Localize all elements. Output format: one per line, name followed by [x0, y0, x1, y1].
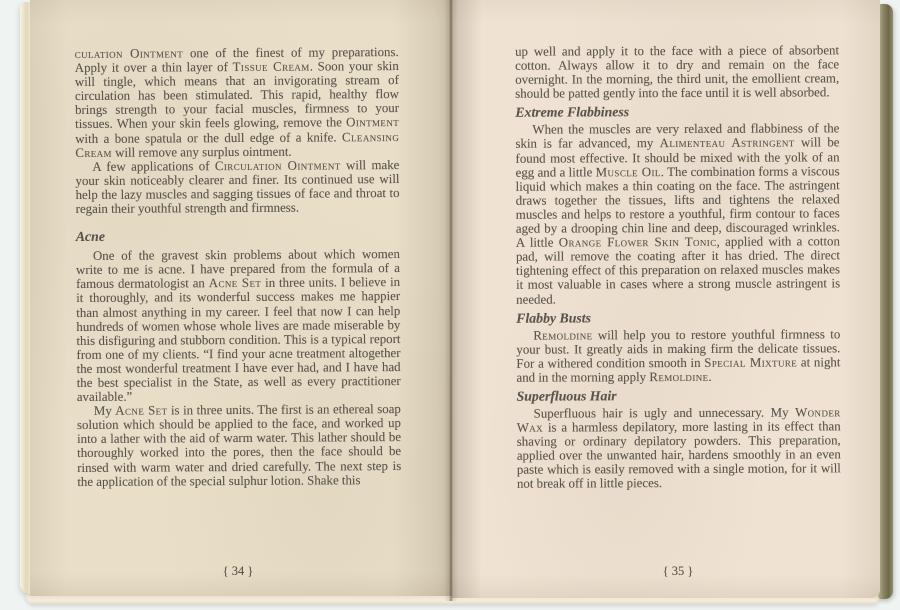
paragraph: When the muscles are very relaxed and fl… — [515, 122, 840, 307]
text-run: is a harmless depilatory, more lasting i… — [517, 419, 841, 491]
paragraph: Remoldine will help you to restore youth… — [516, 327, 840, 385]
section-heading: Flabby Busts — [516, 309, 840, 325]
product-name: culation Ointment — [75, 46, 184, 61]
scan-background: culation Ointment one of the finest of m… — [0, 0, 900, 610]
left-page-content: culation Ointment one of the finest of m… — [75, 45, 402, 489]
product-name: Remoldine — [533, 328, 592, 342]
text-run: will remove any surplus ointment. — [112, 144, 292, 159]
text-run: up well and apply it to the face with a … — [515, 43, 839, 101]
paragraph: culation Ointment one of the finest of m… — [75, 45, 400, 160]
product-name: Muscle Oil — [596, 165, 661, 179]
text-run: in three units. I believe in it thorough… — [76, 275, 401, 404]
paragraph: One of the gravest skin problems about w… — [76, 247, 401, 404]
book-spread: culation Ointment one of the finest of m… — [0, 0, 900, 610]
section-heading: Extreme Flabbiness — [515, 104, 839, 120]
book-spine — [444, 0, 458, 601]
cover-edge — [878, 4, 893, 599]
product-name: Circulation Ointment — [215, 158, 341, 173]
left-page: culation Ointment one of the finest of m… — [30, 0, 452, 596]
section-heading: Acne — [76, 227, 400, 244]
text-run: Superfluous hair is ugly and unnecessary… — [534, 405, 795, 420]
left-page-number: { 34 } — [76, 564, 400, 579]
product-name: Special Mixture — [704, 355, 797, 369]
right-page-number: { 35 } — [516, 564, 840, 579]
paragraph: Superfluous hair is ugly and unnecessary… — [517, 405, 841, 491]
product-name: Orange Flower Skin Tonic — [559, 235, 717, 250]
product-name: Remoldine — [649, 370, 708, 384]
text-run: My — [94, 404, 115, 418]
section-heading: Superfluous Hair — [517, 387, 841, 403]
text-run: with a bone spatula or the dull edge of … — [75, 130, 342, 146]
paragraph: My Acne Set is in three units. The first… — [77, 402, 402, 489]
paragraph: up well and apply it to the face with a … — [515, 43, 839, 101]
paragraph: A few applications of Circulation Ointme… — [75, 158, 399, 216]
product-name: Acne Set — [115, 404, 167, 418]
text-run: A few applications of — [92, 159, 215, 174]
product-name: Ointment — [346, 115, 399, 129]
product-name: Alimenteau Astringent — [660, 136, 795, 151]
product-name: Acne Set — [209, 276, 262, 290]
product-name: Tissue Cream — [233, 60, 310, 74]
right-page: up well and apply it to the face with a … — [452, 0, 880, 598]
right-page-content: up well and apply it to the face with a … — [515, 43, 841, 491]
text-run: . — [708, 370, 711, 384]
